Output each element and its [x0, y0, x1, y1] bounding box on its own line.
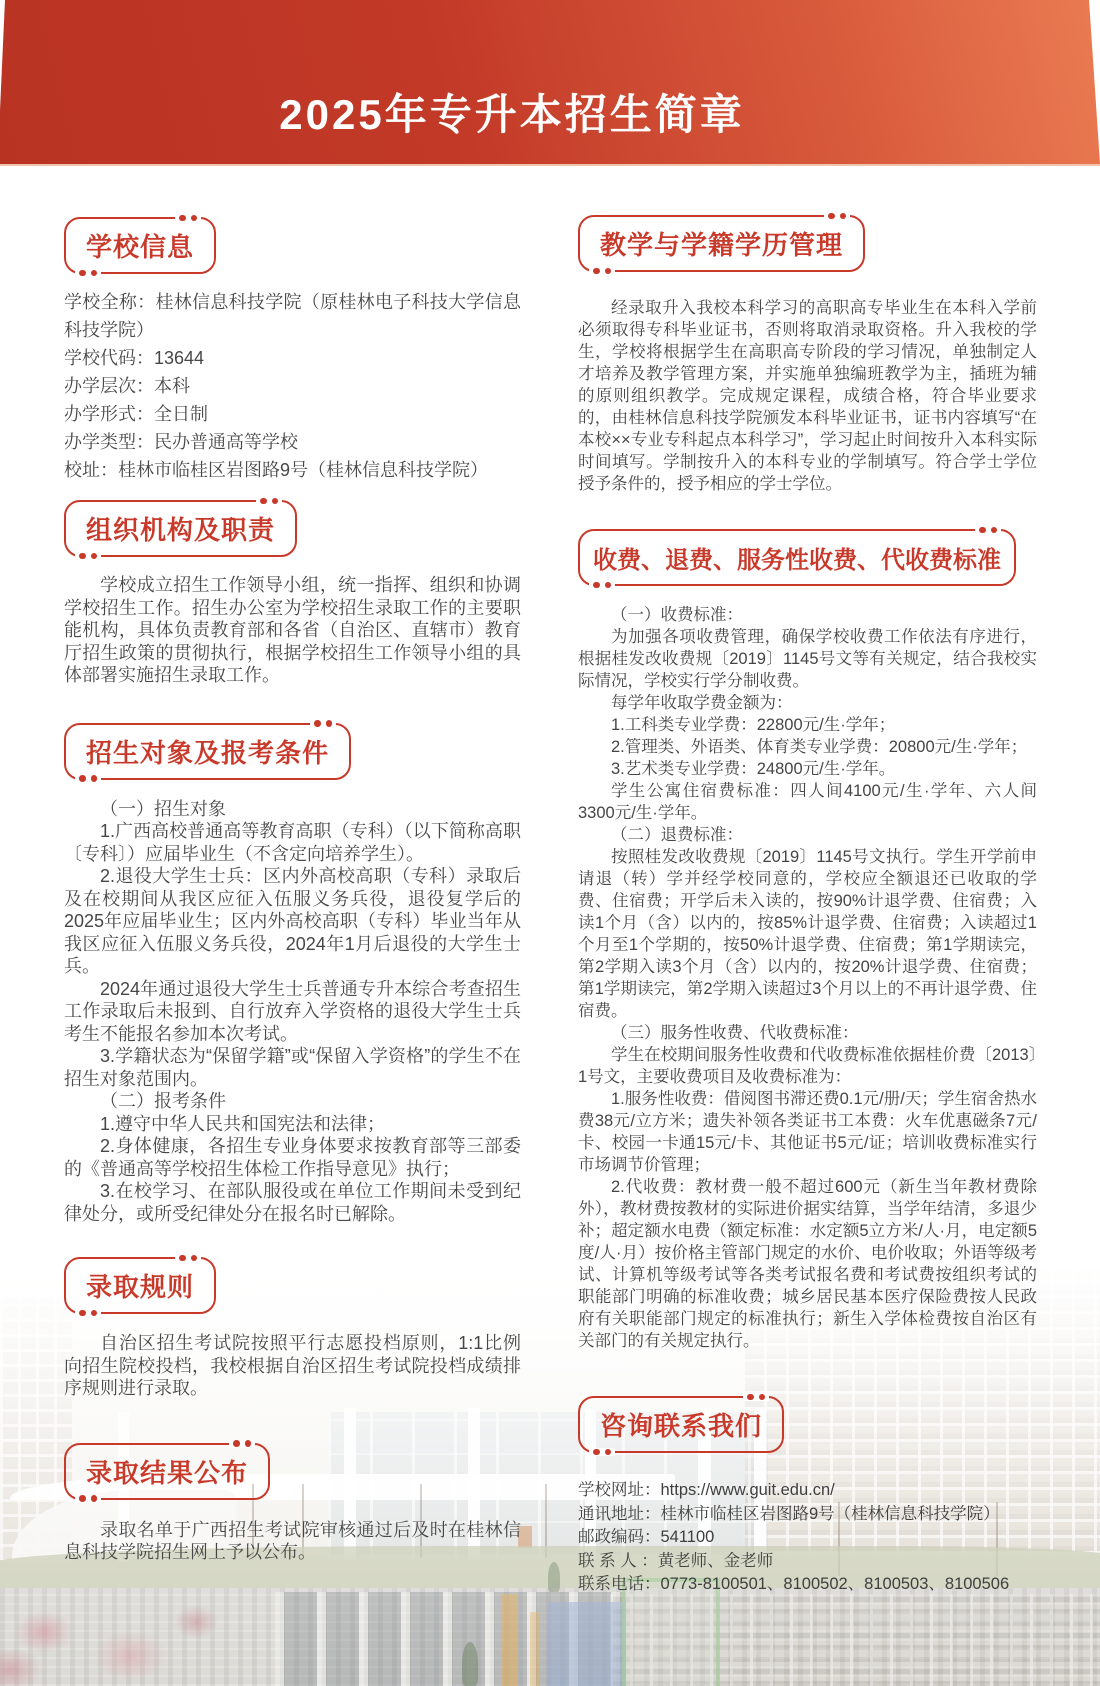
- corner-dots-icon: [743, 1393, 769, 1401]
- section-title-box: 录取规则: [64, 1257, 216, 1314]
- corner-dots-icon: [589, 1448, 615, 1456]
- corner-dots-icon: [175, 214, 201, 222]
- section-fees: 收费、退费、服务性收费、代收费标准 （一）收费标准： 为加强各项收费管理，确保学…: [578, 495, 1037, 1352]
- section-title: 学校信息: [86, 232, 194, 262]
- section-title-box: 组织机构及职责: [64, 500, 297, 557]
- section-teaching: 教学与学籍学历管理 经录取升入我校本科学习的高职高专毕业生在本科入学前必须取得专…: [578, 163, 1037, 495]
- corner-dots-icon: [589, 267, 615, 275]
- page-title: 2025年专升本招生简章: [0, 82, 1024, 142]
- section-title-box: 学校信息: [64, 217, 216, 274]
- poster-page: 2025年专升本招生简章: [0, 0, 1100, 1686]
- info-item: 办学层次：本科: [64, 372, 521, 400]
- section-title-box: 咨询联系我们: [578, 1396, 784, 1453]
- paragraph: 学生公寓住宿费标准：四人间4100元/生·学年、六人间3300元/生·学年。: [578, 780, 1037, 824]
- info-item: 校址：桂林市临桂区岩图路9号（桂林信息科技学院）: [64, 456, 521, 484]
- corner-dots-icon: [75, 775, 101, 783]
- corner-dots-icon: [175, 1254, 201, 1262]
- paragraph: 1.服务性收费：借阅图书滞还费0.1元/册/天；学生宿舍热水费38元/立方米；遗…: [578, 1088, 1037, 1176]
- paragraph: 3.艺术类专业学费：24800元/生·学年。: [578, 758, 1037, 780]
- right-column: 教学与学籍学历管理 经录取升入我校本科学习的高职高专毕业生在本科入学前必须取得专…: [578, 163, 1037, 1597]
- corner-dots-icon: [75, 1495, 101, 1503]
- section-title: 教学与学籍学历管理: [600, 230, 843, 260]
- paragraph: 2.代收费：教材费一般不超过600元（新生当年教材费除外），教材费按教材的实际进…: [578, 1176, 1037, 1352]
- website-link[interactable]: 学校网址：https://www.guit.edu.cn/: [578, 1479, 1037, 1503]
- corner-dots-icon: [975, 526, 1001, 534]
- section-title: 录取规则: [86, 1272, 194, 1302]
- info-item: 办学形式：全日制: [64, 400, 521, 428]
- corner-dots-icon: [229, 1440, 255, 1448]
- section-title: 招生对象及报考条件: [86, 738, 329, 768]
- section-title-box: 教学与学籍学历管理: [578, 215, 865, 272]
- info-item: 办学类型：民办普通高等学校: [64, 428, 521, 456]
- corner-dots-icon: [75, 1309, 101, 1317]
- paragraph: 1.工科类专业学费：22800元/生·学年；: [578, 714, 1037, 736]
- info-item: 学校全称：桂林信息科技学院（原桂林电子科技大学信息科技学院）: [64, 288, 521, 344]
- paragraph: （二）报考条件: [64, 1090, 521, 1113]
- paragraph: 经录取升入我校本科学习的高职高专毕业生在本科入学前必须取得专科毕业证书，否则将取…: [578, 297, 1037, 495]
- fees-text: （一）收费标准： 为加强各项收费管理，确保学校收费工作依法有序进行，根据桂发改收…: [578, 604, 1037, 1352]
- paragraph: 2.管理类、外语类、体育类专业学费：20800元/生·学年；: [578, 736, 1037, 758]
- banner: 2025年专升本招生简章: [0, 0, 1100, 164]
- section-school-info: 学校信息 学校全称：桂林信息科技学院（原桂林电子科技大学信息科技学院） 学校代码…: [64, 163, 521, 484]
- section-title-box: 录取结果公布: [64, 1443, 270, 1500]
- paragraph: （一）收费标准：: [578, 604, 1037, 626]
- section-contact: 咨询联系我们 学校网址：https://www.guit.edu.cn/ 通讯地…: [578, 1352, 1037, 1597]
- section-rules: 录取规则 自治区招生考试院按照平行志愿投档原则，1:1比例向招生院校投档，我校根…: [64, 1225, 521, 1400]
- section-title: 录取结果公布: [86, 1458, 248, 1488]
- paragraph: （一）招生对象: [64, 798, 521, 821]
- admission-text: （一）招生对象 1.广西高校普通高等教育高职（专科）（以下简称高职〔专科〕）应届…: [64, 798, 521, 1226]
- contact-item: 通讯地址：桂林市临桂区岩图路9号（桂林信息科技学院）: [578, 1503, 1037, 1527]
- paragraph: 2.身体健康，各招生专业身体要求按教育部等三部委的《普通高等学校招生体检工作指导…: [64, 1135, 521, 1180]
- paragraph: 按照桂发改收费规〔2019〕1145号文执行。学生开学前申请退（转）学并经学校同…: [578, 846, 1037, 1022]
- paragraph: 1.广西高校普通高等教育高职（专科）（以下简称高职〔专科〕）应届毕业生（不含定向…: [64, 820, 521, 865]
- school-info-list: 学校全称：桂林信息科技学院（原桂林电子科技大学信息科技学院） 学校代码：1364…: [64, 288, 521, 484]
- corner-dots-icon: [256, 497, 282, 505]
- paragraph: 自治区招生考试院按照平行志愿投档原则，1:1比例向招生院校投档，我校根据自治区招…: [64, 1332, 521, 1400]
- paragraph: 学生在校期间服务性收费和代收费标准依据桂价费〔2013〕1号文，主要收费项目及收…: [578, 1044, 1037, 1088]
- corner-dots-icon: [824, 212, 850, 220]
- left-column: 学校信息 学校全称：桂林信息科技学院（原桂林电子科技大学信息科技学院） 学校代码…: [64, 163, 521, 1564]
- organization-text: 学校成立招生工作领导小组，统一指挥、组织和协调学校招生工作。招生办公室为学校招生…: [64, 574, 521, 687]
- paragraph: 2.退役大学生士兵：区内外高校高职（专科）录取后及在校期间从我区应征入伍服义务兵…: [64, 865, 521, 978]
- paragraph: 3.学籍状态为“保留学籍”或“保留入学资格”的学生不在招生对象范围内。: [64, 1045, 521, 1090]
- contact-item: 联 系 人 ：黄老师、金老师: [578, 1550, 1037, 1574]
- section-title: 咨询联系我们: [600, 1411, 762, 1441]
- corner-dots-icon: [75, 552, 101, 560]
- paragraph: （三）服务性收费、代收费标准：: [578, 1022, 1037, 1044]
- info-item: 学校代码：13644: [64, 344, 521, 372]
- paragraph: 1.遵守中华人民共和国宪法和法律；: [64, 1113, 521, 1136]
- paragraph: 2024年通过退役大学生士兵普通专升本综合考查招生工作录取后未报到、自行放弃入学…: [64, 978, 521, 1046]
- paragraph: 为加强各项收费管理，确保学校收费工作依法有序进行，根据桂发改收费规〔2019〕1…: [578, 626, 1037, 692]
- corner-dots-icon: [75, 269, 101, 277]
- contact-item: 联系电话：0773-8100501、8100502、8100503、810050…: [578, 1573, 1037, 1597]
- corner-dots-icon: [310, 720, 336, 728]
- paragraph: 3.在校学习、在部队服役或在单位工作期间未受到纪律处分，或所受纪律处分在报名时已…: [64, 1180, 521, 1225]
- contact-item: 邮政编码：541100: [578, 1526, 1037, 1550]
- section-organization: 组织机构及职责 学校成立招生工作领导小组，统一指挥、组织和协调学校招生工作。招生…: [64, 484, 521, 687]
- corner-dots-icon: [589, 581, 615, 589]
- results-text: 录取名单于广西招生考试院审核通过后及时在桂林信息科技学院招生网上予以公布。: [64, 1519, 521, 1564]
- contact-list: 学校网址：https://www.guit.edu.cn/ 通讯地址：桂林市临桂…: [578, 1479, 1037, 1597]
- teaching-text: 经录取升入我校本科学习的高职高专毕业生在本科入学前必须取得专科毕业证书，否则将取…: [578, 297, 1037, 495]
- paragraph: 录取名单于广西招生考试院审核通过后及时在桂林信息科技学院招生网上予以公布。: [64, 1519, 521, 1564]
- section-admission: 招生对象及报考条件 （一）招生对象 1.广西高校普通高等教育高职（专科）（以下简…: [64, 687, 521, 1226]
- section-results: 录取结果公布 录取名单于广西招生考试院审核通过后及时在桂林信息科技学院招生网上予…: [64, 1400, 521, 1564]
- paragraph: （二）退费标准：: [578, 824, 1037, 846]
- section-title: 收费、退费、服务性收费、代收费标准: [593, 547, 1001, 574]
- paragraph: 学校成立招生工作领导小组，统一指挥、组织和协调学校招生工作。招生办公室为学校招生…: [64, 574, 521, 687]
- section-title-box: 招生对象及报考条件: [64, 723, 351, 780]
- section-title: 组织机构及职责: [86, 515, 275, 545]
- section-title-box: 收费、退费、服务性收费、代收费标准: [578, 529, 1016, 586]
- rules-text: 自治区招生考试院按照平行志愿投档原则，1:1比例向招生院校投档，我校根据自治区招…: [64, 1332, 521, 1400]
- paragraph: 每学年收取学费金额为：: [578, 692, 1037, 714]
